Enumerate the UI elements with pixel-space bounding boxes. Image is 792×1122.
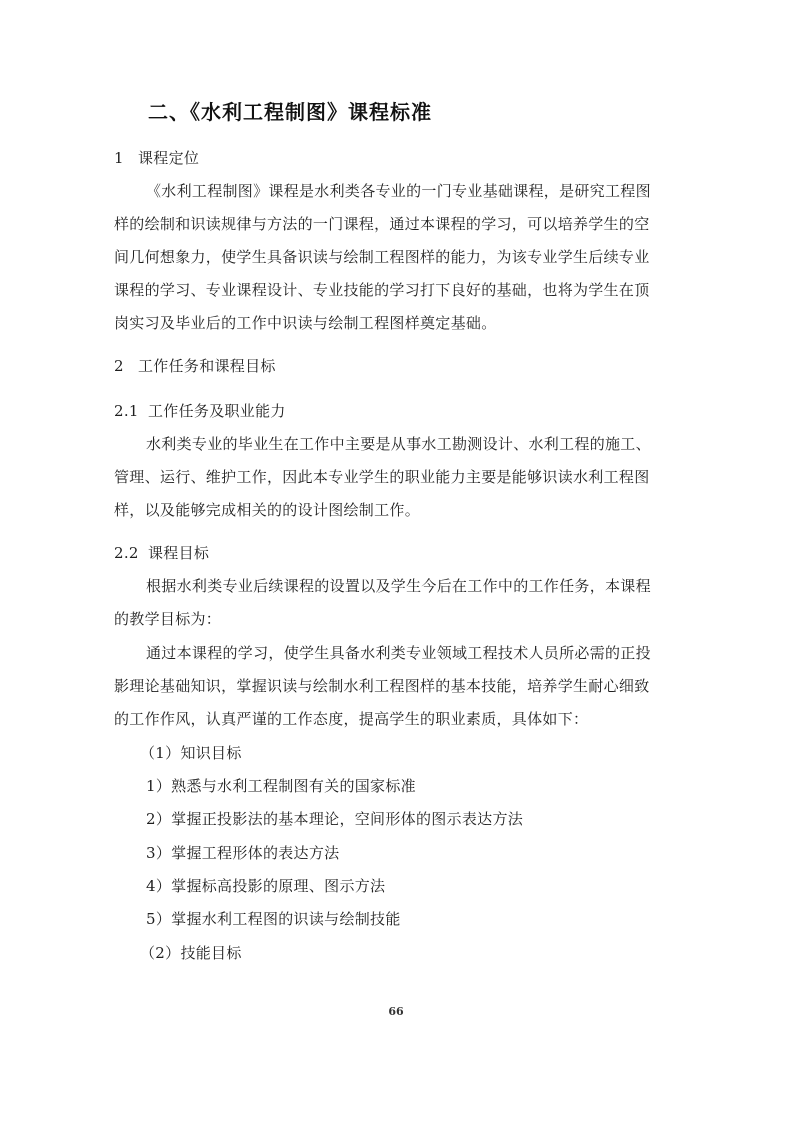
- paragraph-line: 样，以及能够完成相关的的设计图绘制工作。: [114, 500, 694, 520]
- paragraph-line: 影理论基础知识，掌握识读与绘制水利工程图样的基本技能，培养学生耐心细致: [114, 676, 694, 696]
- paragraph-line: 的工作作风，认真严谨的工作态度，提高学生的职业素质，具体如下：: [114, 709, 694, 729]
- document-title: 二、《水利工程制图》课程标准: [148, 96, 432, 125]
- page-number: 66: [388, 1005, 403, 1018]
- section-title: 工作任务及职业能力: [148, 402, 286, 420]
- list-item: 5）掌握水利工程图的识读与绘制技能: [146, 909, 401, 929]
- list-item: 1）熟悉与水利工程制图有关的国家标准: [146, 776, 416, 796]
- section-title: 工作任务和课程目标: [138, 357, 276, 375]
- skill-objectives-heading: （2）技能目标: [140, 943, 242, 963]
- paragraph-line: 间几何想象力，使学生具备识读与绘制工程图样的能力，为该专业学生后续专业: [114, 247, 694, 267]
- knowledge-objectives-heading: （1）知识目标: [140, 743, 242, 763]
- section-number: 2.2: [114, 543, 148, 563]
- section-title: 课程目标: [148, 544, 209, 562]
- section-number: 2.1: [114, 401, 148, 421]
- paragraph-line: 《水利工程制图》课程是水利类各专业的一门专业基础课程，是研究工程图: [146, 181, 651, 201]
- section-title: 课程定位: [138, 149, 199, 167]
- paragraph-line: 课程的学习、专业课程设计、专业技能的学习打下良好的基础，也将为学生在顶: [114, 280, 694, 300]
- document-page: 二、《水利工程制图》课程标准 1课程定位 《水利工程制图》课程是水利类各专业的一…: [0, 0, 792, 1122]
- list-item: 2）掌握正投影法的基本理论，空间形体的图示表达方法: [146, 809, 523, 829]
- paragraph-line: 水利类专业的毕业生在工作中主要是从事水工勘测设计、水利工程的施工、: [146, 434, 651, 454]
- paragraph-line: 岗实习及毕业后的工作中识读与绘制工程图样奠定基础。: [114, 313, 694, 333]
- section-heading-2: 2工作任务和课程目标: [114, 356, 276, 376]
- section-heading-2-2: 2.2课程目标: [114, 543, 209, 563]
- list-item: 4）掌握标高投影的原理、图示方法: [146, 876, 385, 896]
- list-item: 3）掌握工程形体的表达方法: [146, 843, 339, 863]
- section-heading-1: 1课程定位: [114, 148, 199, 168]
- paragraph-line: 根据水利类专业后续课程的设置以及学生今后在工作中的工作任务，本课程: [146, 576, 651, 596]
- section-number: 2: [114, 356, 138, 376]
- section-number: 1: [114, 148, 138, 168]
- paragraph-line: 的教学目标为：: [114, 609, 694, 629]
- section-heading-2-1: 2.1工作任务及职业能力: [114, 401, 286, 421]
- paragraph-line: 通过本课程的学习，使学生具备水利类专业领域工程技术人员所必需的正投: [146, 643, 651, 663]
- paragraph-line: 样的绘制和识读规律与方法的一门课程，通过本课程的学习，可以培养学生的空: [114, 214, 694, 234]
- paragraph-line: 管理、运行、维护工作，因此本专业学生的职业能力主要是能够识读水利工程图: [114, 467, 694, 487]
